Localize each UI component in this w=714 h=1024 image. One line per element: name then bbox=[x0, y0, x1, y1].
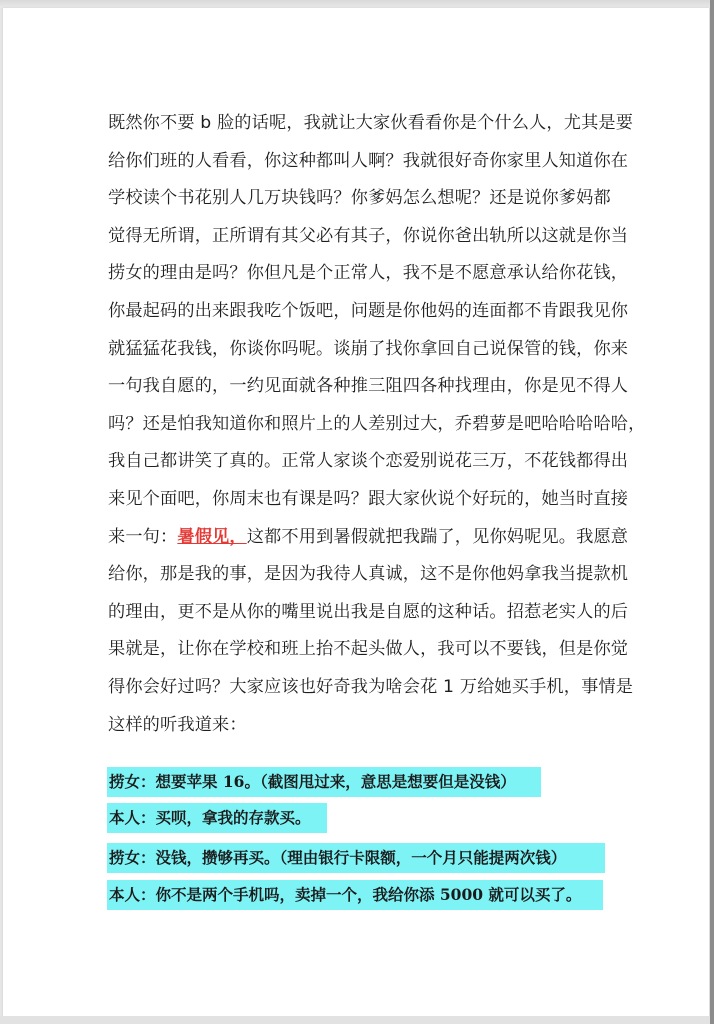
dialogue-line: 捞女：没钱，攒够再买。（理由银行卡限额，一个月只能提两次钱） bbox=[107, 843, 605, 873]
text-line: 学校读个书花别人几万块钱吗？你爹妈怎么想呢？还是说你爹妈都 bbox=[108, 180, 606, 218]
text-line: 一句我自愿的，一约见面就各种推三阻四各种找理由，你是见不得人 bbox=[108, 368, 606, 406]
text-line: 捞女的理由是吗？你但凡是个正常人，我不是不愿意承认给你花钱， bbox=[108, 255, 606, 293]
right-border bbox=[710, 0, 714, 1024]
dialogue-line: 本人：你不是两个手机吗，卖掉一个，我给你添 5000 就可以买了。 bbox=[107, 880, 603, 910]
red-highlight-text: 暑假见， bbox=[177, 527, 246, 547]
text-line: 得你会好过吗？大家应该也好奇我为啥会花 1 万给她买手机，事情是 bbox=[108, 669, 606, 707]
text-line: 来见个面吧，你周末也有课是吗？跟大家伙说个好玩的，她当时直接 bbox=[108, 481, 606, 519]
dialogue-line: 本人：买呗，拿我的存款买。 bbox=[107, 803, 327, 833]
text-line: 我自己都讲笑了真的。正常人家谈个恋爱别说花三万，不花钱都得出 bbox=[108, 443, 606, 481]
bottom-shadow bbox=[0, 1016, 714, 1024]
paragraph: 既然你不要 b 脸的话呢，我就让大家伙看看你是个什么人，尤其是要 给你们班的人看… bbox=[108, 105, 606, 744]
top-shadow bbox=[0, 0, 714, 8]
text-line: 的理由，更不是从你的嘴里说出我是自愿的这种话。招惹老实人的后 bbox=[108, 594, 606, 632]
text-line: 你最起码的出来跟我吃个饭吧，问题是你他妈的连面都不肯跟我见你 bbox=[108, 293, 606, 331]
text-line: 觉得无所谓，正所谓有其父必有其子，你说你爸出轨所以这就是你当 bbox=[108, 218, 606, 256]
dialogue-block: 捞女：想要苹果 16。（截图甩过来，意思是想要但是没钱） 本人：买呗，拿我的存款… bbox=[107, 767, 605, 910]
text-line: 给你，那是我的事，是因为我待人真诚，这不是你他妈拿我当提款机 bbox=[108, 556, 606, 594]
text-line: 就猛猛花我钱，你谈你吗呢。谈崩了找你拿回自己说保管的钱，你来 bbox=[108, 331, 606, 369]
dialogue-line: 捞女：想要苹果 16。（截图甩过来，意思是想要但是没钱） bbox=[107, 767, 541, 797]
text-line: 既然你不要 b 脸的话呢，我就让大家伙看看你是个什么人，尤其是要 bbox=[108, 105, 606, 143]
line-suffix: 这都不用到暑假就把我踹了，见你妈呢见。我愿意 bbox=[247, 527, 628, 547]
text-line: 吗？还是怕我知道你和照片上的人差别过大，乔碧萝是吧哈哈哈哈哈， bbox=[108, 406, 606, 444]
text-line: 果就是，让你在学校和班上抬不起头做人，我可以不要钱，但是你觉 bbox=[108, 631, 606, 669]
text-line: 给你们班的人看看，你这种都叫人啊？我就很好奇你家里人知道你在 bbox=[108, 143, 606, 181]
text-line: 这样的听我道来： bbox=[108, 707, 606, 745]
text-line-highlighted: 来一句：暑假见，这都不用到暑假就把我踹了，见你妈呢见。我愿意 bbox=[108, 519, 606, 557]
line-prefix: 来一句： bbox=[108, 527, 177, 547]
